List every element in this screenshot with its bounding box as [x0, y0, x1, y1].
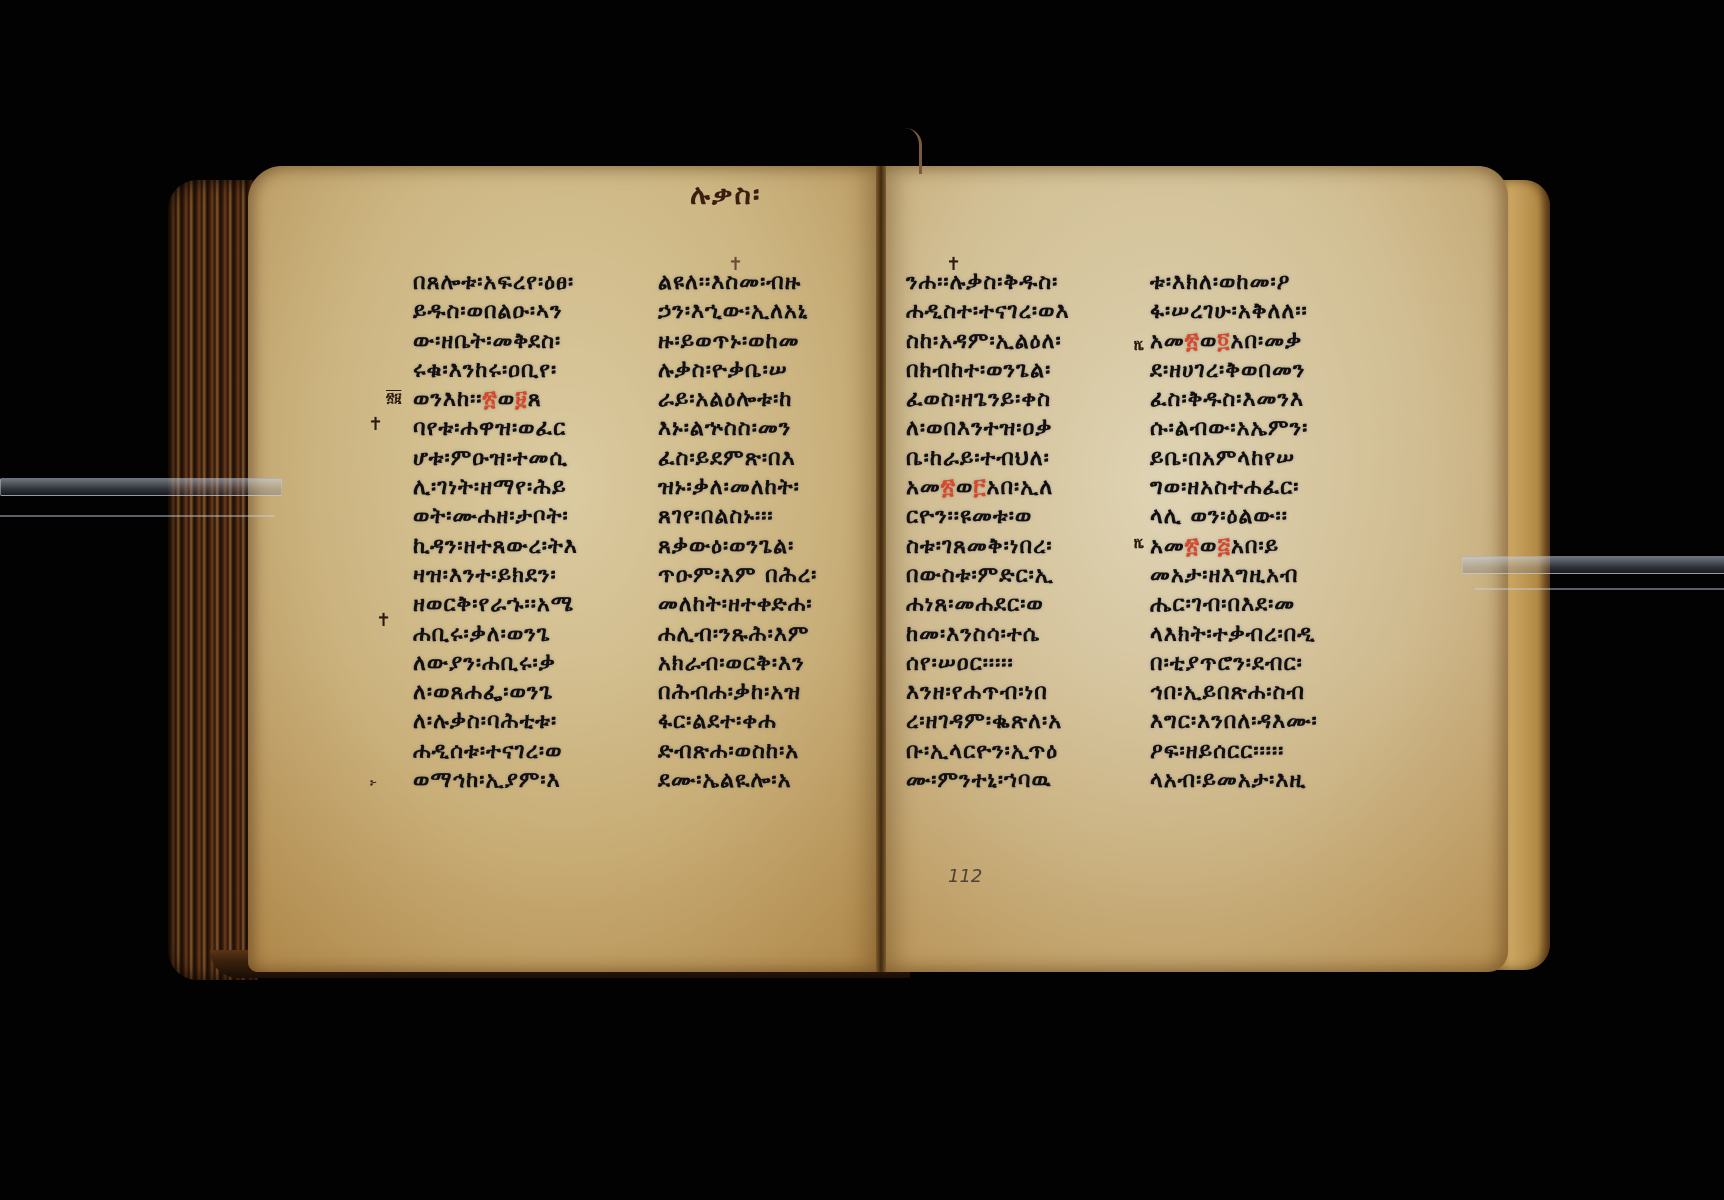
text-line: በሕብሐ፡ቃከ፡አዝ: [658, 678, 890, 707]
text-line: ፋር፡ልደተ፡ቀሐ: [658, 707, 890, 736]
page-edges-left: [168, 180, 258, 980]
text-line: ጸቃውዕ፡ወንጌል፡: [658, 532, 890, 561]
margin-cross-icon: ✝: [376, 610, 391, 631]
text-column-1: በጸሎቱ፡አፍረየ፡ዕፀ፡ ይዱስ፡ወበልዑ፡ኣን ው፡ዘቤት፡መቅደስ፡ ሩቁ…: [413, 268, 645, 795]
text-line: ዛዝ፡እንተ፡ይክደን፡: [413, 561, 645, 590]
text-line: እግር፡እንበለ፡ዳእሙ፡: [1150, 707, 1382, 736]
text-line: ሐዲስተ፡ተናገረ፡ወእ: [906, 297, 1138, 326]
text-line: እኑ፡ልኍስስ፡መን: [658, 414, 890, 443]
rubric-numeral: ፬: [1217, 329, 1230, 354]
text-line: ኪዳን፡ዘተጸውረ፡ትእ: [413, 532, 645, 561]
running-title: ሉቃስ፡: [690, 178, 762, 212]
text-line: ዖፍ፡ዘይሰርር፡፡፡፡፡: [1150, 737, 1382, 766]
text-line: ሐሊብ፡ንጹሕ፡እም: [658, 620, 890, 649]
text-line: ዝኑ፡ቃለ፡መለከት፡: [658, 473, 890, 502]
text-line: በክብከተ፡ወንጌል፡: [906, 356, 1138, 385]
text-line: ሊ፡ገነት፡ዘማየ፡ሕይ: [413, 473, 645, 502]
text-line: ጸገየ፡በልስኑ፡፡፡: [658, 502, 890, 531]
text-line: ፋ፡ሠረገሁ፡አቅለለ፡፡: [1150, 297, 1382, 326]
text-column-3: ንሐ፡፡ሉቃስ፡ቅዱስ፡ ሐዲስተ፡ተናገረ፡ወእ ስከ፡አዳም፡ኢልዕለ፡ በ…: [906, 268, 1138, 795]
text-line-rubricated: አመ፳ወ፫አበ፡ኢለ: [906, 473, 1138, 502]
rubric-numeral: ፳: [1185, 534, 1200, 559]
text-line: ግወ፡ዘአስተሐፈር፡: [1150, 473, 1382, 502]
text-line: ላአብ፡ይመአታ፡እዚ: [1150, 766, 1382, 795]
text-line: ራይ፡አልዕሎቱ፡ከ: [658, 385, 890, 414]
text-line: ጥዑም፡እም በሕረ፡: [658, 561, 890, 590]
text-line: አክራብ፡ወርቅ፡እን: [658, 649, 890, 678]
acrylic-clip-right-edge: [1475, 588, 1724, 590]
acrylic-clip-left-edge: [0, 515, 275, 517]
text-line: ቡ፡ኢላርዮን፡ኢጥዕ: [906, 737, 1138, 766]
text-line: ላእክት፡ተቃብረ፡በዲ: [1150, 620, 1382, 649]
text-line-rubricated: ወንእከ፡፡፳ወ፱ጸ: [413, 385, 645, 414]
text-column-4: ቱ፡እክለ፡ወከመ፡ዖ ፋ፡ሠረገሁ፡አቅለለ፡፡ አመ፳ወ፬አበ፡መቃ ደ፡ዘ…: [1150, 268, 1382, 795]
text-line: ለ፡ሉቃስ፡ባሕቲቱ፡: [413, 707, 645, 736]
text-line: ሰየ፡ሠዐር፡፡፡፡፡: [906, 649, 1138, 678]
margin-cross-icon: ✝: [368, 414, 383, 435]
rubric-numeral: ፭: [1217, 534, 1231, 559]
margin-mark: ፦: [370, 776, 377, 791]
text-line: ሩቁ፡እንከሩ፡ዐቢየ፡: [413, 356, 645, 385]
text-line: ሙ፡ምንተኒ፡ኀባዉ: [906, 766, 1138, 795]
text-line: በጸሎቱ፡አፍረየ፡ዕፀ፡: [413, 268, 645, 297]
text-line: ወት፡ሙሐዘ፡ታቦት፡: [413, 502, 645, 531]
text-line-rubricated: አመ፳ወ፬አበ፡መቃ: [1150, 327, 1382, 356]
text-line: ባየቱ፡ሐዋዝ፡ወፈር: [413, 414, 645, 443]
manuscript-photo: ሉቃስ፡ ፳፱ ✝ ✝ ፦ ✝ ✝ በጸሎቱ፡አፍረየ፡ዕፀ፡ ይዱስ፡ወበልዑ…: [0, 0, 1724, 1200]
text-line: ከመ፡እንስሳ፡ተሴ: [906, 620, 1138, 649]
text-line: በውስቱ፡ምድር፡ኢ: [906, 561, 1138, 590]
rubric-numeral: ፳: [1185, 329, 1200, 354]
text-line: ኃን፡እኂው፡ኢለአኒ: [658, 297, 890, 326]
rubric-numeral: ፳: [482, 387, 497, 412]
acrylic-clip-right: [1462, 556, 1724, 574]
text-line: ረ፡ዘገዳም፡ቈጽለ፡አ: [906, 707, 1138, 736]
text-line: ሐቢሩ፡ቃለ፡ወንጌ: [413, 620, 645, 649]
text-line: ላሊ ወን፡ዕልው፡፡: [1150, 502, 1382, 531]
text-line: ድብጽሐ፡ወስከ፡አ: [658, 737, 890, 766]
text-line: ዙ፡ይወጥኑ፡ወከመ: [658, 327, 890, 356]
margin-number: ፳፱: [386, 391, 401, 406]
text-line: ንሐ፡፡ሉቃስ፡ቅዱስ፡: [906, 268, 1138, 297]
text-line: መለከት፡ዘተቀድሐ፡: [658, 590, 890, 619]
text-line: ስከ፡አዳም፡ኢልዕለ፡: [906, 327, 1138, 356]
text-line: ደሙ፡ኤልዪሎ፡አ: [658, 766, 890, 795]
text-line: ሐዲሰቱ፡ተናገረ፡ወ: [413, 737, 645, 766]
text-line: ደ፡ዘሀገረ፡ቅወበመን: [1150, 356, 1382, 385]
text-line: እንዘ፡የሐጥብ፡ነበ: [906, 678, 1138, 707]
text-line: ወማኅከ፡ኢያም፡እ: [413, 766, 645, 795]
text-line: ለ፡ወበእንተዝ፡ዐቃ: [906, 414, 1138, 443]
text-line: ሐነጸ፡መሐደር፡ወ: [906, 590, 1138, 619]
text-line: ዘወርቅ፡የራኁ፡፡አሜ: [413, 590, 645, 619]
text-line: ቱ፡እክለ፡ወከመ፡ዖ: [1150, 268, 1382, 297]
rubric-numeral: ፱: [515, 387, 528, 412]
text-line: ፈስ፡ቅዱስ፡እመንእ: [1150, 385, 1382, 414]
text-line: ሉቃስ፡ዮቃቤ፡ሠ: [658, 356, 890, 385]
acrylic-clip-left: [0, 478, 282, 496]
margin-mark: ⷌ: [1134, 338, 1144, 355]
text-line: ለ፡ወጸሐፌ፡ወንጌ: [413, 678, 645, 707]
text-line: በ፡ቲያጥሮን፡ደብር፡: [1150, 649, 1382, 678]
text-line-rubricated: አመ፳ወ፭አበ፡ይ: [1150, 532, 1382, 561]
text-line: ኅበ፡ኢይበጽሐ፡ስብ: [1150, 678, 1382, 707]
rubric-numeral: ፫: [973, 475, 986, 500]
text-line: ሆቱ፡ምዑዝ፡ተመሲ: [413, 444, 645, 473]
text-line: መአታ፡ዘእግዚአብ: [1150, 561, 1382, 590]
text-line: ርዮን፡፡ዩመቱ፡ወ: [906, 502, 1138, 531]
rubric-numeral: ፳: [941, 475, 956, 500]
text-line: ለውያን፡ሐቢሩ፡ቃ: [413, 649, 645, 678]
text-line: ልዩለ፡፡እስመ፡ብዙ: [658, 268, 890, 297]
text-line: ው፡ዘቤት፡መቅደስ፡: [413, 327, 645, 356]
text-line: ሱ፡ልብው፡አኤምን፡: [1150, 414, 1382, 443]
text-column-2: ልዩለ፡፡እስመ፡ብዙ ኃን፡እኂው፡ኢለአኒ ዙ፡ይወጥኑ፡ወከመ ሉቃስ፡ዮ…: [658, 268, 890, 795]
margin-mark: ⷌ: [1134, 536, 1144, 553]
text-line: ይቤ፡በአምላከየሠ: [1150, 444, 1382, 473]
text-line: ፈስ፡ይደምጽ፡በእ: [658, 444, 890, 473]
text-line: ፈወስ፡ዘጌንይ፡ቀስ: [906, 385, 1138, 414]
text-line: ቤ፡ከራይ፡ተብህለ፡: [906, 444, 1138, 473]
folio-number: 112: [948, 866, 982, 887]
text-line: ይዱስ፡ወበልዑ፡ኣን: [413, 297, 645, 326]
text-line: ሔር፡ገብ፡በእደ፡መ: [1150, 590, 1382, 619]
binding-thread: [905, 128, 922, 174]
text-line: ስቱ፡ገጸመቅ፡ነበረ፡: [906, 532, 1138, 561]
